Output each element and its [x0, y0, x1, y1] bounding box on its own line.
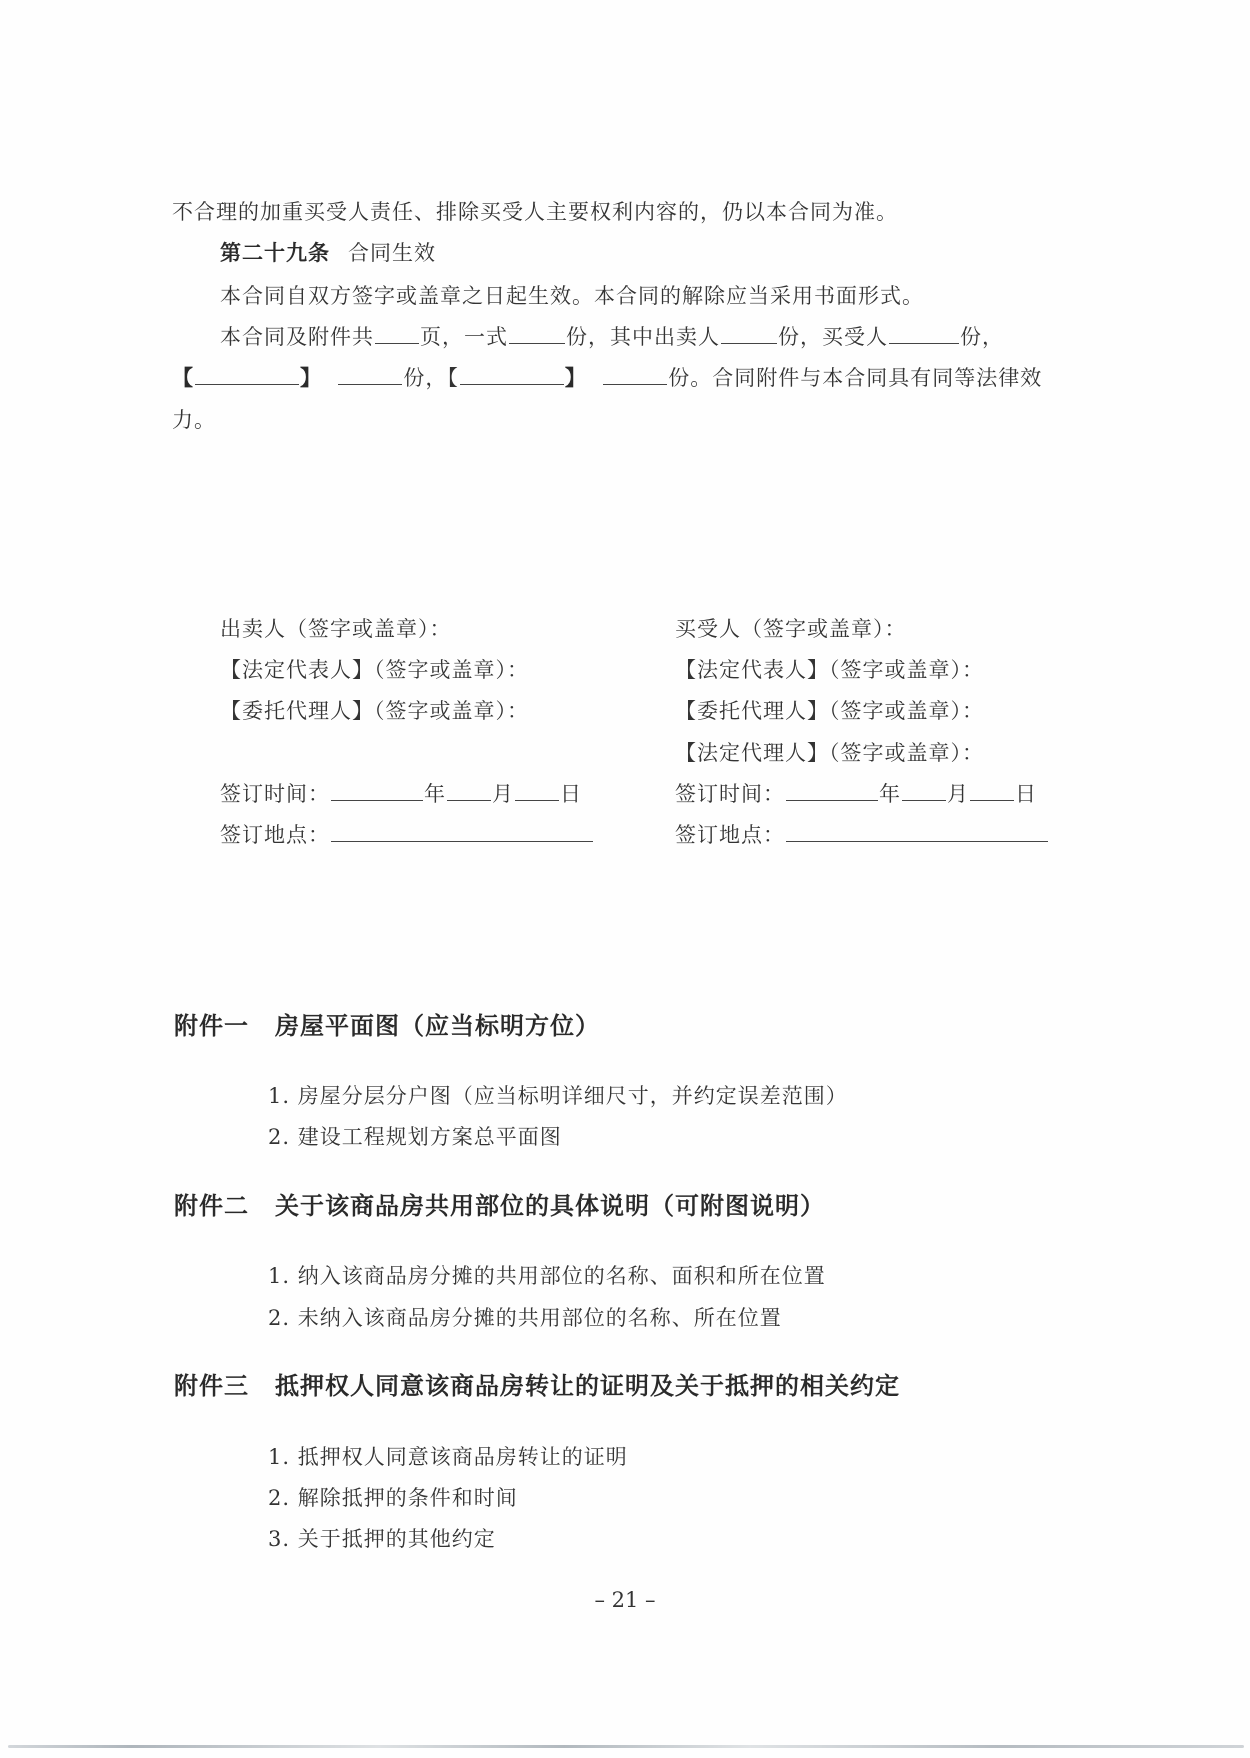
pages-blank — [375, 323, 419, 344]
annex-1-item-1: 1. 房屋分层分户图（应当标明详细尺寸，并约定误差范围） — [268, 1082, 848, 1110]
page-number: – 21 – — [0, 1588, 1250, 1612]
place-label: 签订地点： — [675, 823, 785, 847]
text: 份，其中出卖人 — [566, 325, 720, 349]
month-label: 月 — [492, 782, 514, 806]
year-label: 年 — [879, 782, 901, 806]
text: 份，买受人 — [778, 325, 888, 349]
party-3-blank — [195, 364, 299, 385]
scan-edge-divider — [8, 1745, 1244, 1748]
month-blank — [447, 780, 491, 801]
place-blank — [786, 821, 1048, 842]
seller-title: 出卖人（签字或盖章）： — [220, 615, 452, 643]
year-label: 年 — [424, 782, 446, 806]
year-blank — [786, 780, 878, 801]
party-3-copies-blank — [338, 364, 402, 385]
date-label: 签订时间： — [220, 782, 330, 806]
buyer-copies-blank — [889, 323, 959, 344]
day-blank — [970, 780, 1014, 801]
annex-2-item-2: 2. 未纳入该商品房分摊的共用部位的名称、所在位置 — [268, 1304, 782, 1332]
buyer-title: 买受人（签字或盖章）： — [675, 615, 907, 643]
annex-1-heading: 附件一房屋平面图（应当标明方位） — [174, 1010, 600, 1042]
seller-agent: 【委托代理人】（签字或盖章）： — [220, 697, 529, 725]
intro-line: 不合理的加重买受人责任、排除买受人主要权利内容的，仍以本合同为准。 — [172, 198, 898, 226]
annex-2-heading: 附件二关于该商品房共用部位的具体说明（可附图说明） — [174, 1190, 825, 1222]
annex-3-heading: 附件三抵押权人同意该商品房转让的证明及关于抵押的相关约定 — [174, 1370, 900, 1402]
buyer-date: 签订时间：年月日 — [675, 780, 1037, 808]
text: 份， — [960, 325, 1004, 349]
seller-legal-rep: 【法定代表人】（签字或盖章）： — [220, 656, 529, 684]
text: 份，【 — [403, 366, 459, 390]
bracket-close: 】 — [565, 366, 587, 390]
annex-label: 附件一 — [174, 1012, 249, 1040]
annex-title: 房屋平面图（应当标明方位） — [275, 1012, 600, 1040]
copies-blank — [509, 323, 565, 344]
month-label: 月 — [947, 782, 969, 806]
text: 份。合同附件与本合同具有同等法律效 — [668, 366, 1042, 390]
party-4-copies-blank — [603, 364, 667, 385]
text: 页，一式 — [420, 325, 508, 349]
annex-3-item-3: 3. 关于抵押的其他约定 — [268, 1525, 496, 1553]
day-label: 日 — [1015, 782, 1037, 806]
party-4-blank — [460, 364, 564, 385]
article-paragraph-2-line-2: 【】 份，【】 份。合同附件与本合同具有同等法律效 — [172, 364, 1042, 392]
article-heading: 第二十九条合同生效 — [220, 239, 436, 267]
date-label: 签订时间： — [675, 782, 785, 806]
buyer-agent: 【委托代理人】（签字或盖章）： — [675, 697, 984, 725]
annex-title: 抵押权人同意该商品房转让的证明及关于抵押的相关约定 — [275, 1372, 900, 1400]
article-number: 第二十九条 — [220, 241, 330, 265]
article-paragraph-2-line-1: 本合同及附件共页，一式份，其中出卖人份，买受人份， — [220, 323, 1004, 351]
annex-label: 附件二 — [174, 1192, 249, 1220]
place-label: 签订地点： — [220, 823, 330, 847]
annex-2-item-1: 1. 纳入该商品房分摊的共用部位的名称、面积和所在位置 — [268, 1262, 826, 1290]
article-paragraph-2-line-3: 力。 — [172, 406, 216, 434]
bracket-close: 】 — [300, 366, 322, 390]
month-blank — [902, 780, 946, 801]
annex-1-item-2: 2. 建设工程规划方案总平面图 — [268, 1123, 562, 1151]
buyer-place: 签订地点： — [675, 821, 1049, 849]
document-page: 不合理的加重买受人责任、排除买受人主要权利内容的，仍以本合同为准。 第二十九条合… — [0, 0, 1250, 1758]
seller-copies-blank — [721, 323, 777, 344]
article-paragraph-1: 本合同自双方签字或盖章之日起生效。本合同的解除应当采用书面形式。 — [220, 282, 924, 310]
day-blank — [515, 780, 559, 801]
bracket-open: 【 — [172, 366, 194, 390]
buyer-legal-rep: 【法定代表人】（签字或盖章）： — [675, 656, 984, 684]
seller-date: 签订时间：年月日 — [220, 780, 582, 808]
year-blank — [331, 780, 423, 801]
annex-3-item-2: 2. 解除抵押的条件和时间 — [268, 1484, 518, 1512]
day-label: 日 — [560, 782, 582, 806]
article-title: 合同生效 — [348, 241, 436, 265]
buyer-legal-agent: 【法定代理人】（签字或盖章）： — [675, 739, 984, 767]
place-blank — [331, 821, 593, 842]
annex-3-item-1: 1. 抵押权人同意该商品房转让的证明 — [268, 1443, 628, 1471]
annex-title: 关于该商品房共用部位的具体说明（可附图说明） — [275, 1192, 825, 1220]
annex-label: 附件三 — [174, 1372, 249, 1400]
seller-place: 签订地点： — [220, 821, 594, 849]
text: 本合同及附件共 — [220, 325, 374, 349]
